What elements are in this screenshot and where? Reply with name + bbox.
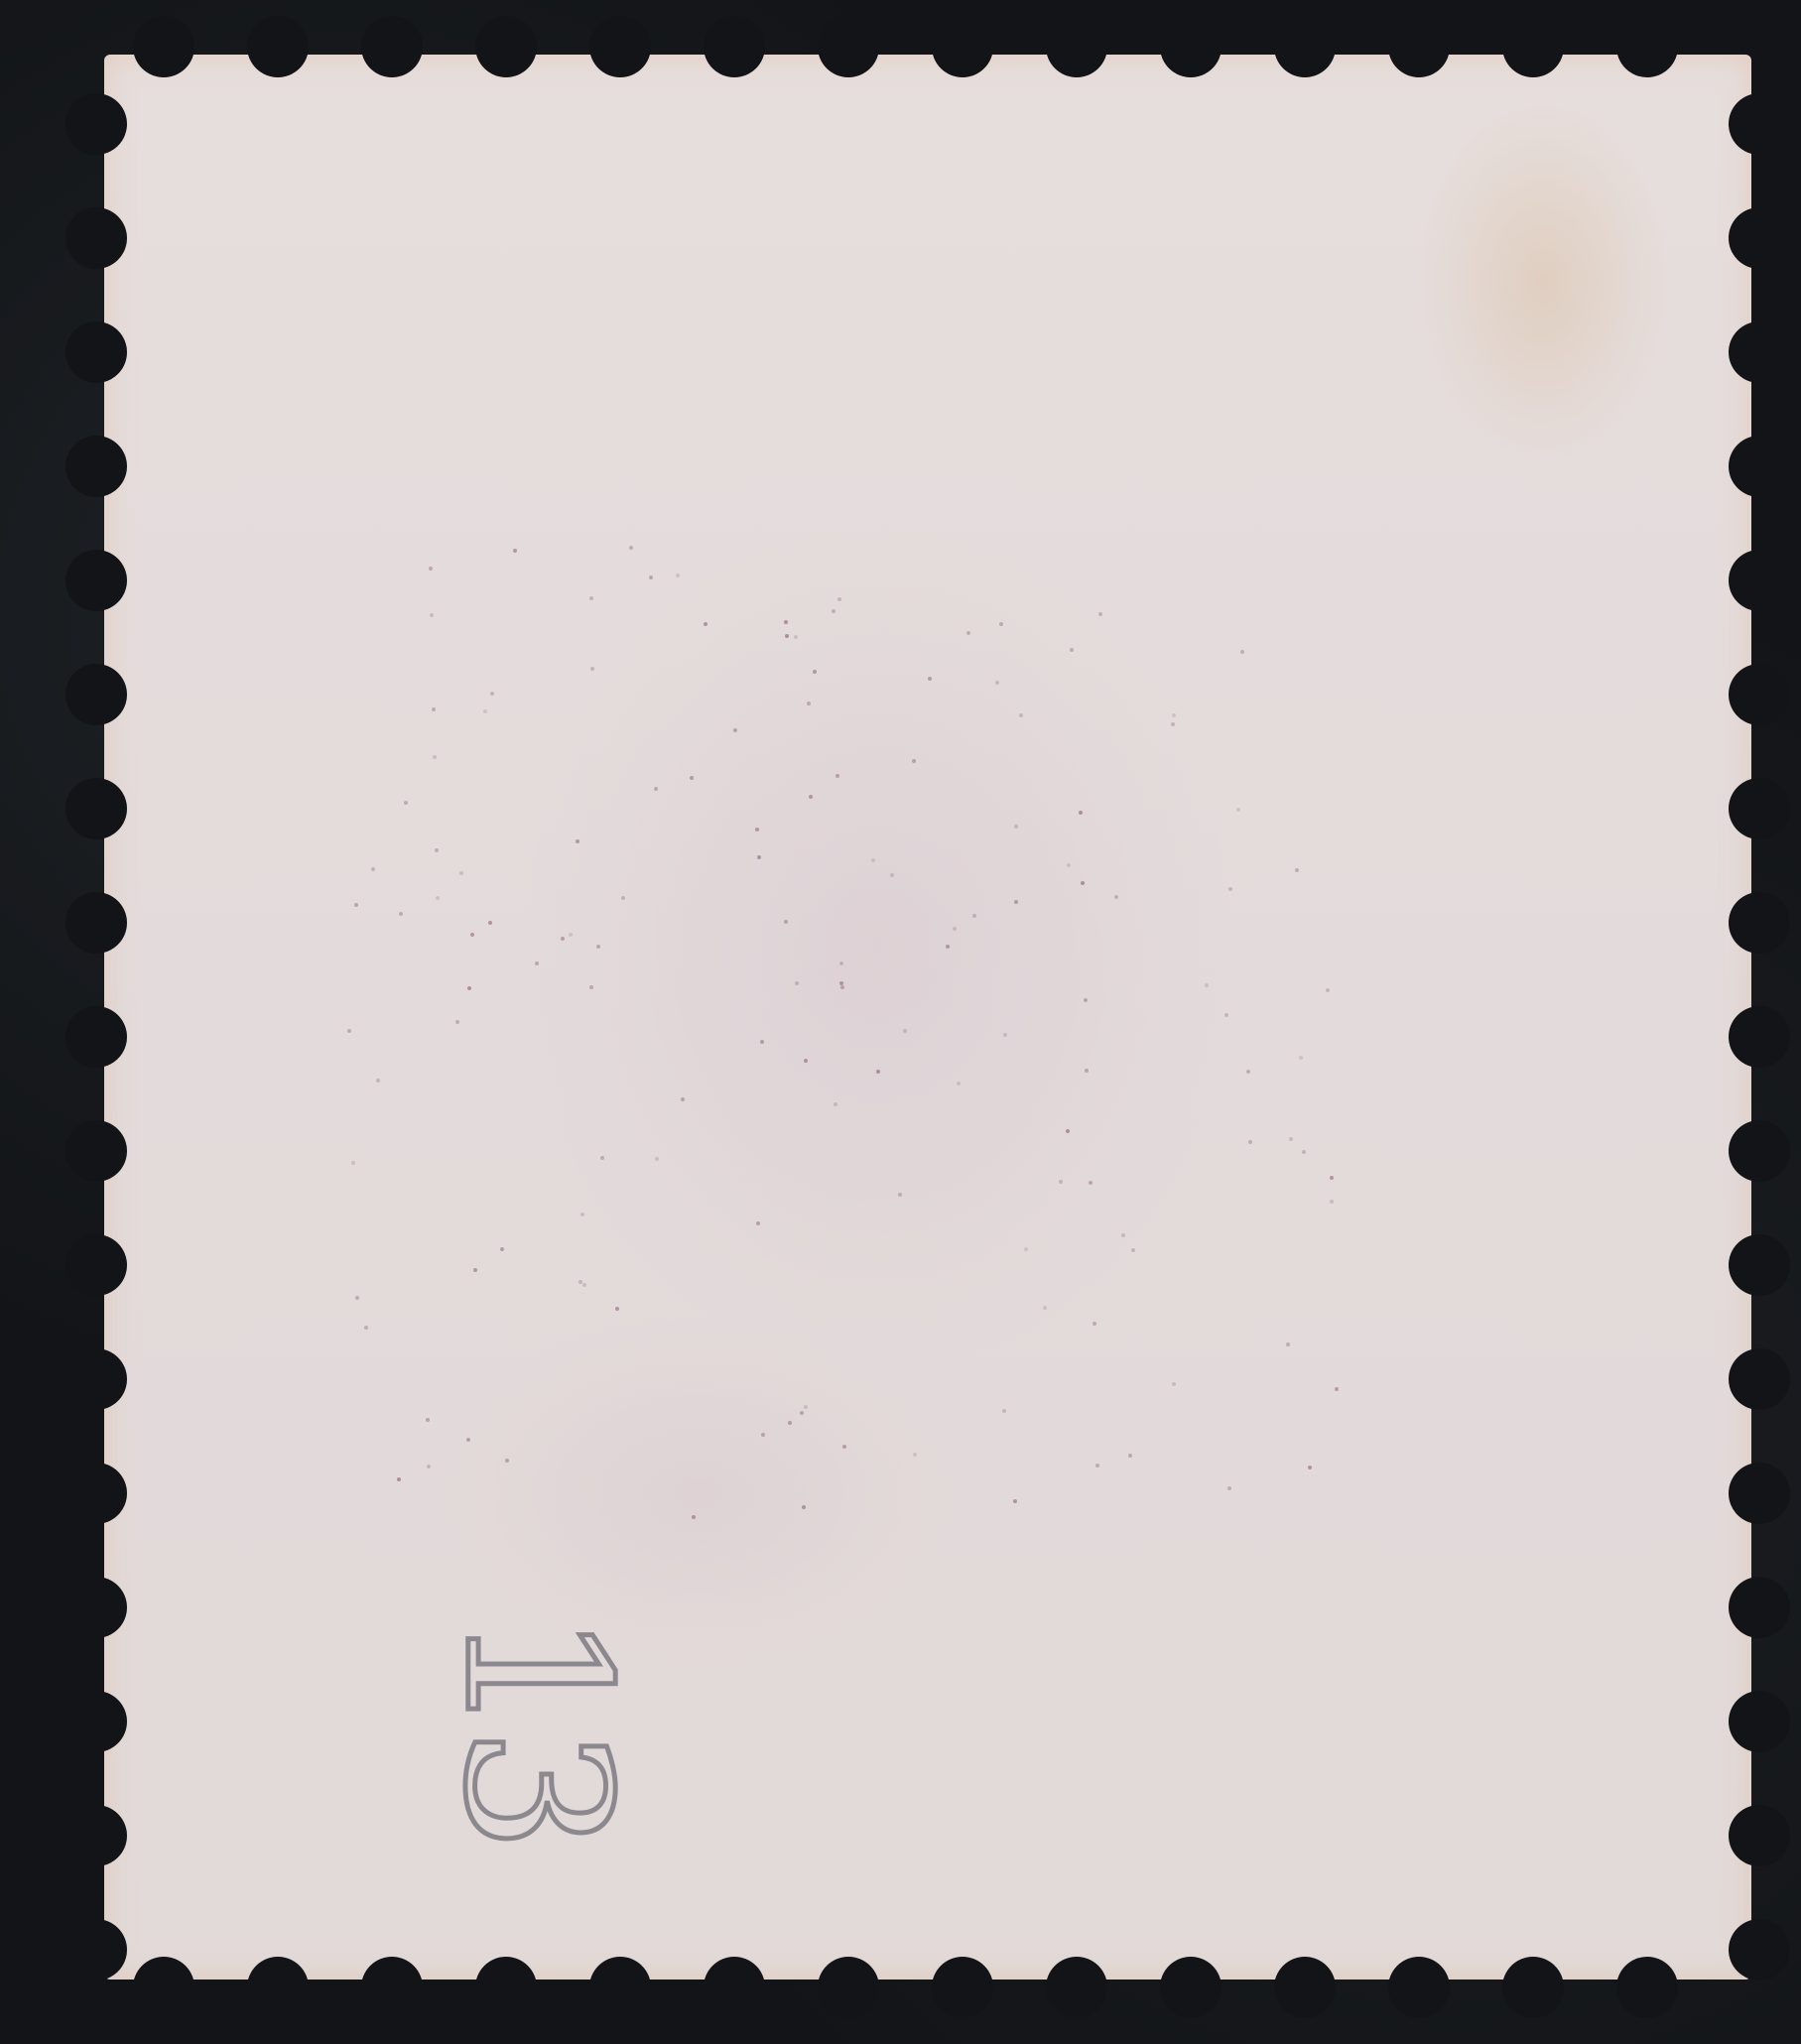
ink-speck: [760, 1040, 764, 1044]
ink-speck: [733, 728, 737, 732]
ink-speck: [1114, 895, 1118, 899]
ink-speck: [1098, 612, 1102, 616]
ink-speck: [876, 1070, 880, 1074]
ink-speck: [1084, 998, 1088, 1002]
ink-speck: [429, 567, 433, 571]
ink-speck: [459, 871, 463, 875]
ink-speck: [655, 1157, 659, 1161]
ink-speck: [995, 681, 999, 685]
ink-speck: [589, 596, 593, 600]
ink-speck: [1224, 1013, 1228, 1017]
ink-speck: [371, 867, 375, 871]
ink-speck: [654, 787, 658, 791]
ink-speck: [483, 709, 487, 713]
ink-speck: [1095, 1464, 1099, 1468]
ink-speck: [871, 858, 875, 862]
ink-speck: [580, 1213, 584, 1216]
ink-speck: [1024, 1247, 1028, 1251]
ink-speck: [1172, 1382, 1176, 1386]
stamp-back: 13: [104, 55, 1751, 1980]
ink-speck: [1014, 825, 1018, 829]
ink-speck: [467, 986, 471, 990]
ink-speck: [596, 945, 600, 949]
ink-speck: [1043, 1306, 1047, 1310]
ink-speck: [376, 1079, 380, 1083]
ink-speck: [836, 774, 839, 778]
ink-speck: [404, 801, 408, 805]
ink-speck: [629, 546, 633, 550]
ink-speck: [427, 1465, 431, 1469]
ink-speck: [837, 597, 841, 601]
ink-speck: [1248, 1140, 1252, 1144]
ink-speck: [1286, 1342, 1290, 1346]
ink-speck: [582, 1283, 586, 1287]
ink-speck: [561, 937, 565, 941]
ink-speck: [690, 776, 694, 780]
ink-speck: [433, 755, 437, 759]
ink-speck: [426, 1418, 430, 1422]
ink-speck: [399, 912, 403, 916]
ink-speck: [946, 945, 950, 949]
ink-speck: [676, 574, 680, 577]
ink-speck: [488, 921, 492, 925]
ink-speck: [364, 1326, 368, 1330]
ink-speck: [621, 896, 625, 900]
ink-speck: [1302, 1150, 1306, 1154]
ink-speck: [807, 702, 811, 705]
ink-speck: [490, 692, 494, 696]
ink-speck: [1227, 1486, 1231, 1490]
ink-speck: [649, 575, 653, 579]
ink-speck: [913, 1453, 917, 1457]
ink-speck: [1289, 1137, 1293, 1141]
ink-speck: [1081, 881, 1085, 885]
pencil-number: 13: [421, 1610, 652, 1844]
ink-speck: [1172, 713, 1176, 717]
ink-speck: [354, 903, 358, 907]
ink-speck: [1013, 1499, 1017, 1503]
ink-speck: [784, 920, 788, 924]
black-background: 13: [0, 0, 1801, 2044]
ink-speck: [1131, 1248, 1135, 1252]
ink-speck: [1067, 863, 1071, 867]
ink-speck: [1019, 713, 1023, 717]
ink-speck: [804, 1059, 808, 1063]
ink-speck: [1326, 988, 1330, 992]
ink-speck: [1002, 1409, 1006, 1413]
ink-speck: [351, 1161, 355, 1165]
pencil-annotation: 13: [402, 1602, 670, 1851]
ink-speck: [579, 1280, 582, 1284]
ink-speck: [1079, 811, 1083, 815]
